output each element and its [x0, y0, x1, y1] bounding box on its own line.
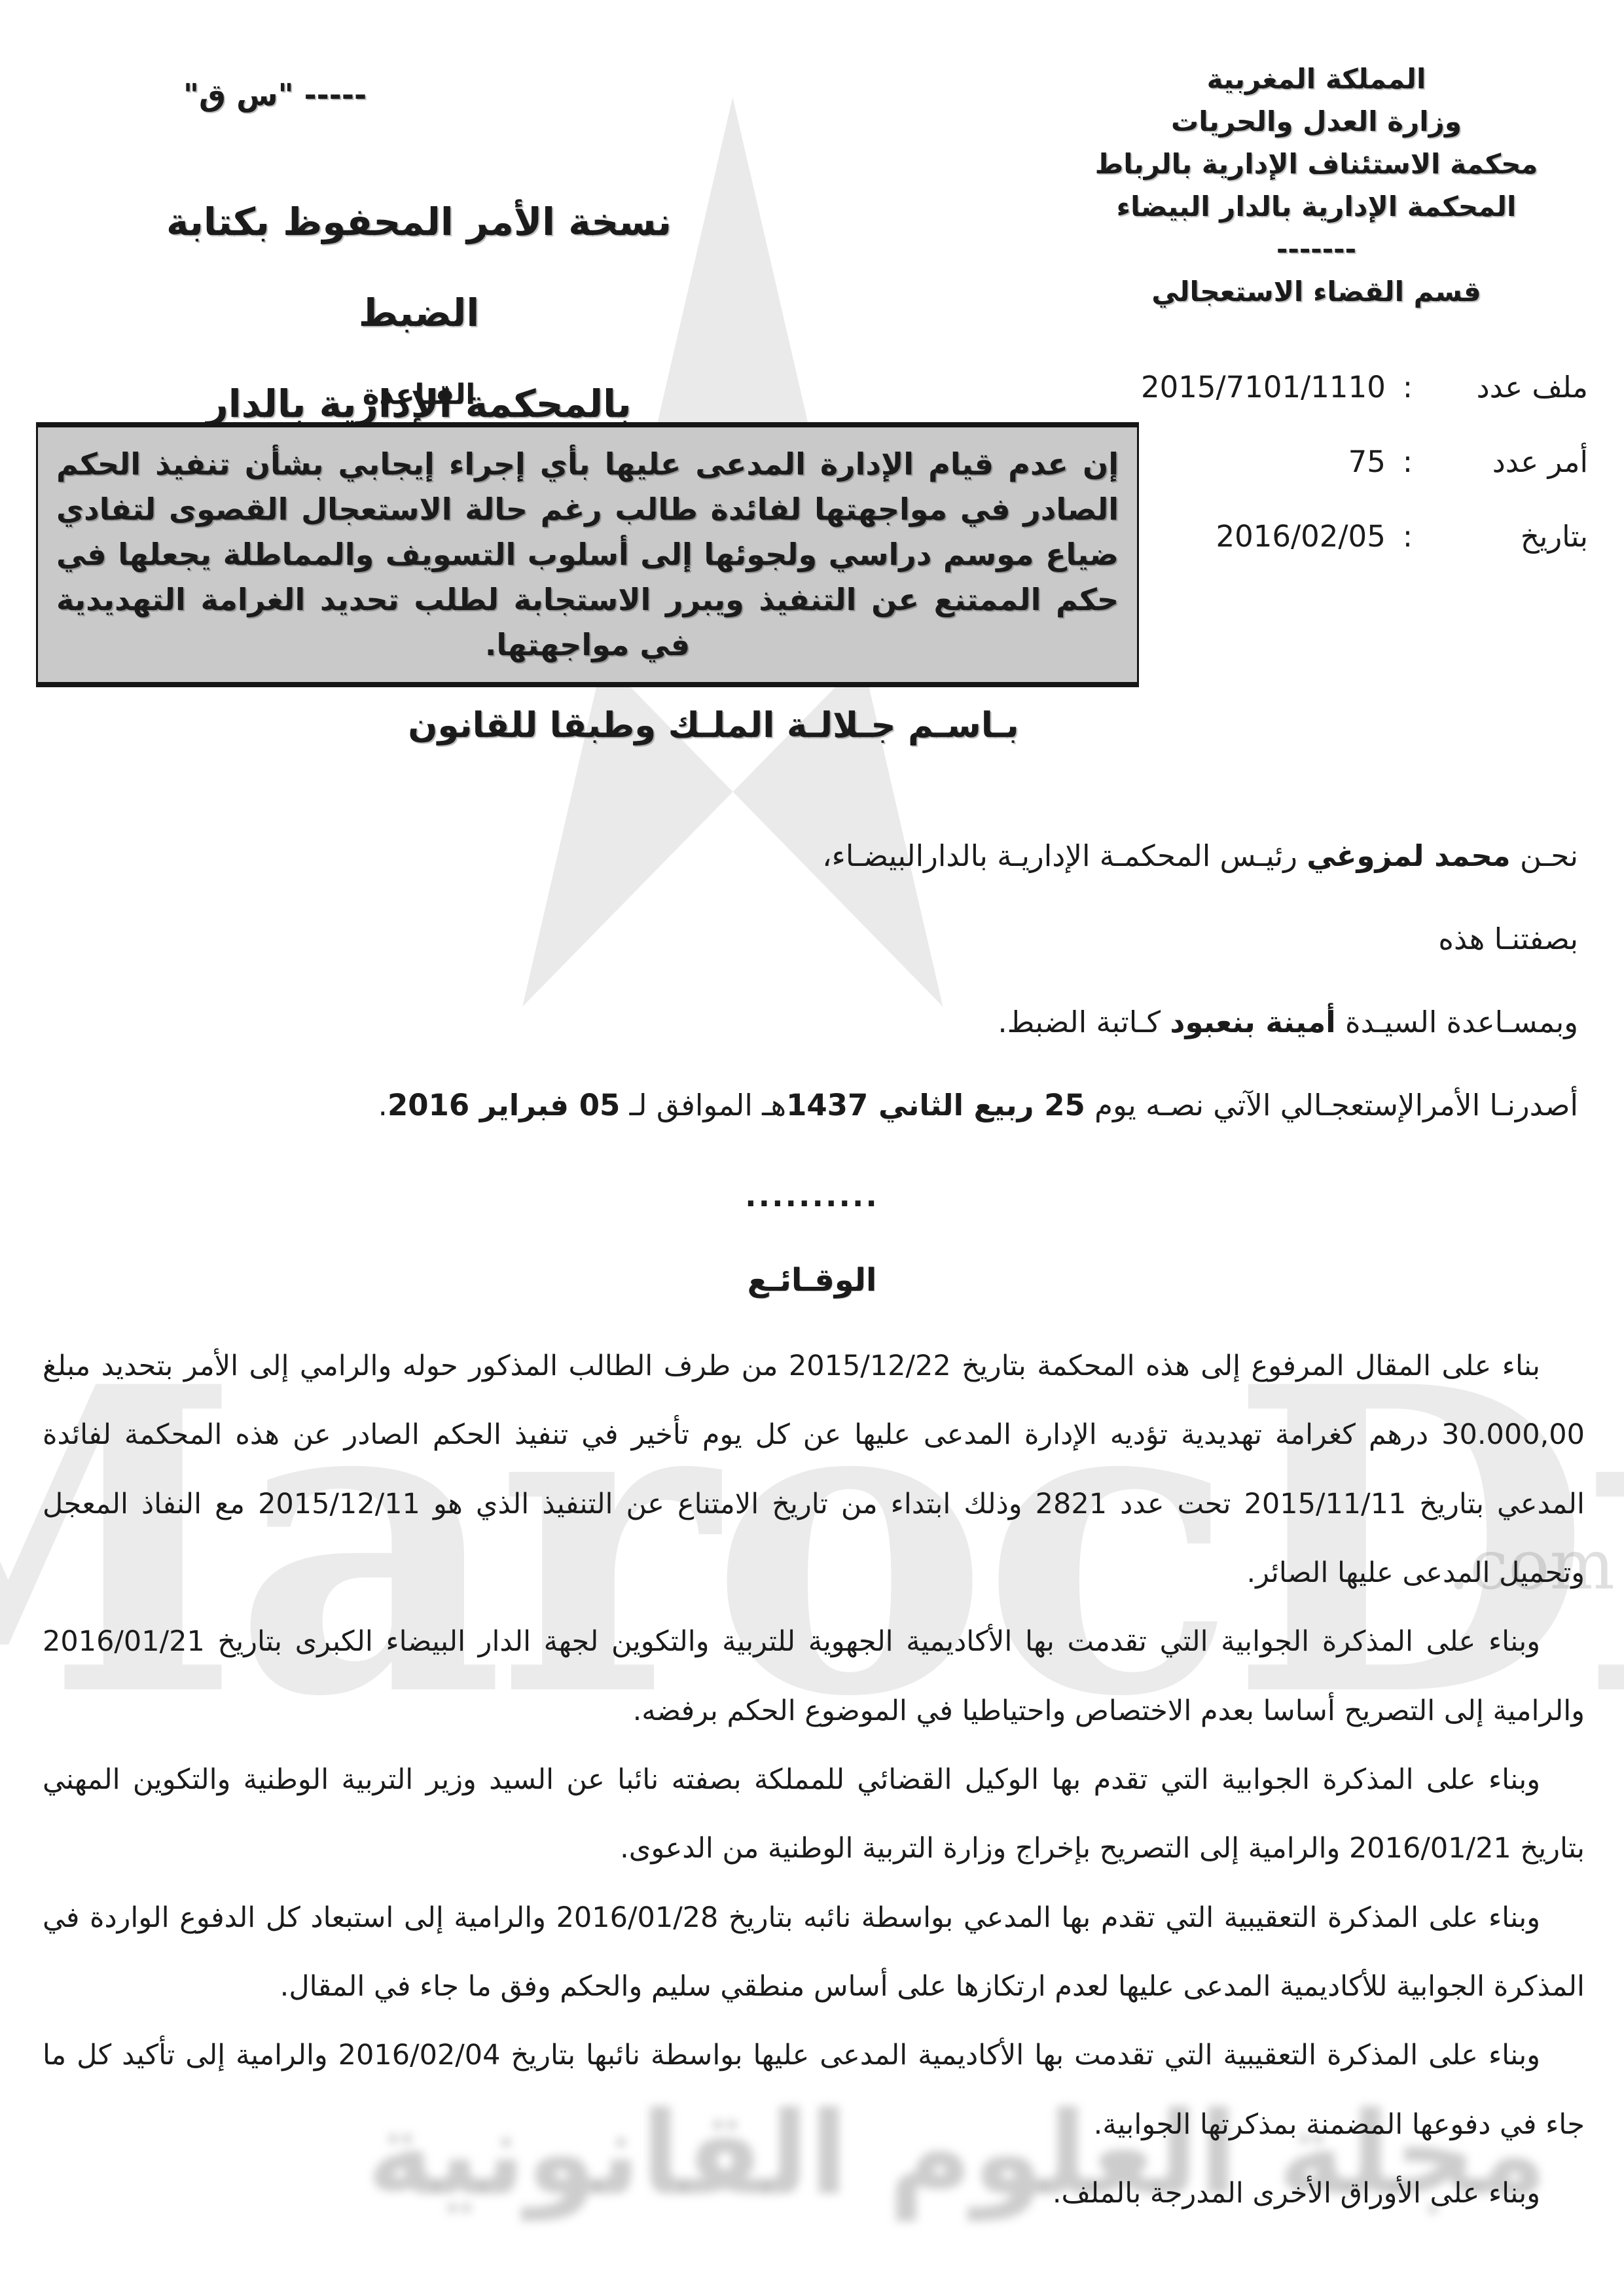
issue-line-end: .: [378, 1088, 388, 1122]
file-number-row: ملف عدد : 2015/7101/1110: [1038, 370, 1588, 405]
facts-heading: الوقـائـع: [0, 1262, 1624, 1299]
judge-name: محمد لمزوغي: [1307, 838, 1510, 873]
ruling-intro: نحـن محمد لمزوغي رئيـس المحكمـة الإداريـ…: [46, 815, 1578, 1147]
clerk-line-pre: وبمسـاعدة السيـدة: [1336, 1005, 1578, 1039]
fact-paragraph: وبناء على المذكرة التعقيبية التي تقدم به…: [43, 1884, 1585, 2022]
rule-subtitle: القـاعدة: [147, 378, 691, 411]
fact-paragraph: وبناء على المذكرة الجوابية التي تقدم بها…: [43, 1746, 1585, 1884]
dots-separator: ..........: [0, 1178, 1624, 1213]
king-authority-title: بـاسـم جـلالـة الملـك وطبقا للقانون: [380, 706, 1047, 745]
order-number-colon: :: [1403, 444, 1413, 480]
file-number-label: ملف عدد: [1424, 370, 1588, 405]
gregorian-date: 05 فبراير 2016: [388, 1088, 620, 1122]
hijri-date: 25 ربيع الثاني 1437: [786, 1088, 1085, 1122]
kingdom-line: المملكة المغربية: [1045, 58, 1588, 100]
ministry-line: وزارة العدل والحريات: [1045, 100, 1588, 143]
ruling-summary-box: إن عدم قيام الإدارة المدعى عليها بأي إجر…: [36, 422, 1139, 687]
order-date-value: 2016/02/05: [1216, 519, 1385, 554]
urgent-division-line: قسم القضاء الاستعجالي: [1045, 270, 1588, 313]
header-dashes-separator: -------: [1045, 228, 1588, 270]
judge-line: نحـن محمد لمزوغي رئيـس المحكمـة الإداريـ…: [46, 815, 1578, 898]
issue-line: أصدرنـا الأمرالإستعجـالي الآتي نصـه يوم …: [46, 1064, 1578, 1147]
registry-copy-title-line1: نسخة الأمر المحفوظ بكتابة الضبط: [147, 177, 691, 359]
file-number-value: 2015/7101/1110: [1141, 370, 1386, 405]
order-number-value: 75: [1348, 444, 1386, 480]
judge-line-pre: نحـن: [1511, 838, 1578, 873]
corner-code: "س ق" -----: [183, 77, 367, 113]
clerk-name: أمينة بنعبود: [1170, 1005, 1335, 1039]
issue-line-pre: أصدرنـا الأمرالإستعجـالي الآتي نصـه يوم: [1085, 1088, 1578, 1122]
order-date-label: بتاريخ: [1424, 519, 1588, 554]
clerk-line-post: كـاتبة الضبط.: [998, 1005, 1170, 1039]
fact-paragraph: وبناء على الأوراق الأخرى المدرجة بالملف.: [43, 2159, 1585, 2228]
fact-paragraph: بناء على المقال المرفوع إلى هذه المحكمة …: [43, 1332, 1585, 1607]
order-date-colon: :: [1403, 519, 1413, 554]
order-number-label: أمر عدد: [1424, 444, 1588, 480]
capacity-line: بصفتنـا هذه: [46, 898, 1578, 981]
clerk-line: وبمسـاعدة السيـدة أمينة بنعبود كـاتبة ال…: [46, 981, 1578, 1064]
ruling-summary-text: إن عدم قيام الإدارة المدعى عليها بأي إجر…: [56, 446, 1119, 662]
file-number-colon: :: [1403, 370, 1413, 405]
judge-line-post: رئيـس المحكمـة الإداريـة بالدارالبيضـاء،: [822, 838, 1307, 873]
appeal-court-line: محكمة الاستئناف الإدارية بالرباط: [1045, 143, 1588, 185]
government-header: المملكة المغربية وزارة العدل والحريات مح…: [1045, 58, 1588, 314]
issue-line-mid: هـ الموافق لـ: [620, 1088, 786, 1122]
fact-paragraph: وبناء على المذكرة الجوابية التي تقدمت به…: [43, 1607, 1585, 1746]
court-order-document-page: MarocDroit .com مجلة العلوم القانونية "س…: [0, 0, 1624, 2296]
facts-section: بناء على المقال المرفوع إلى هذه المحكمة …: [43, 1332, 1585, 2228]
fact-paragraph: وبناء على المذكرة التعقيبية التي تقدمت ب…: [43, 2021, 1585, 2159]
admin-court-line: المحكمة الإدارية بالدار البيضاء: [1045, 185, 1588, 228]
